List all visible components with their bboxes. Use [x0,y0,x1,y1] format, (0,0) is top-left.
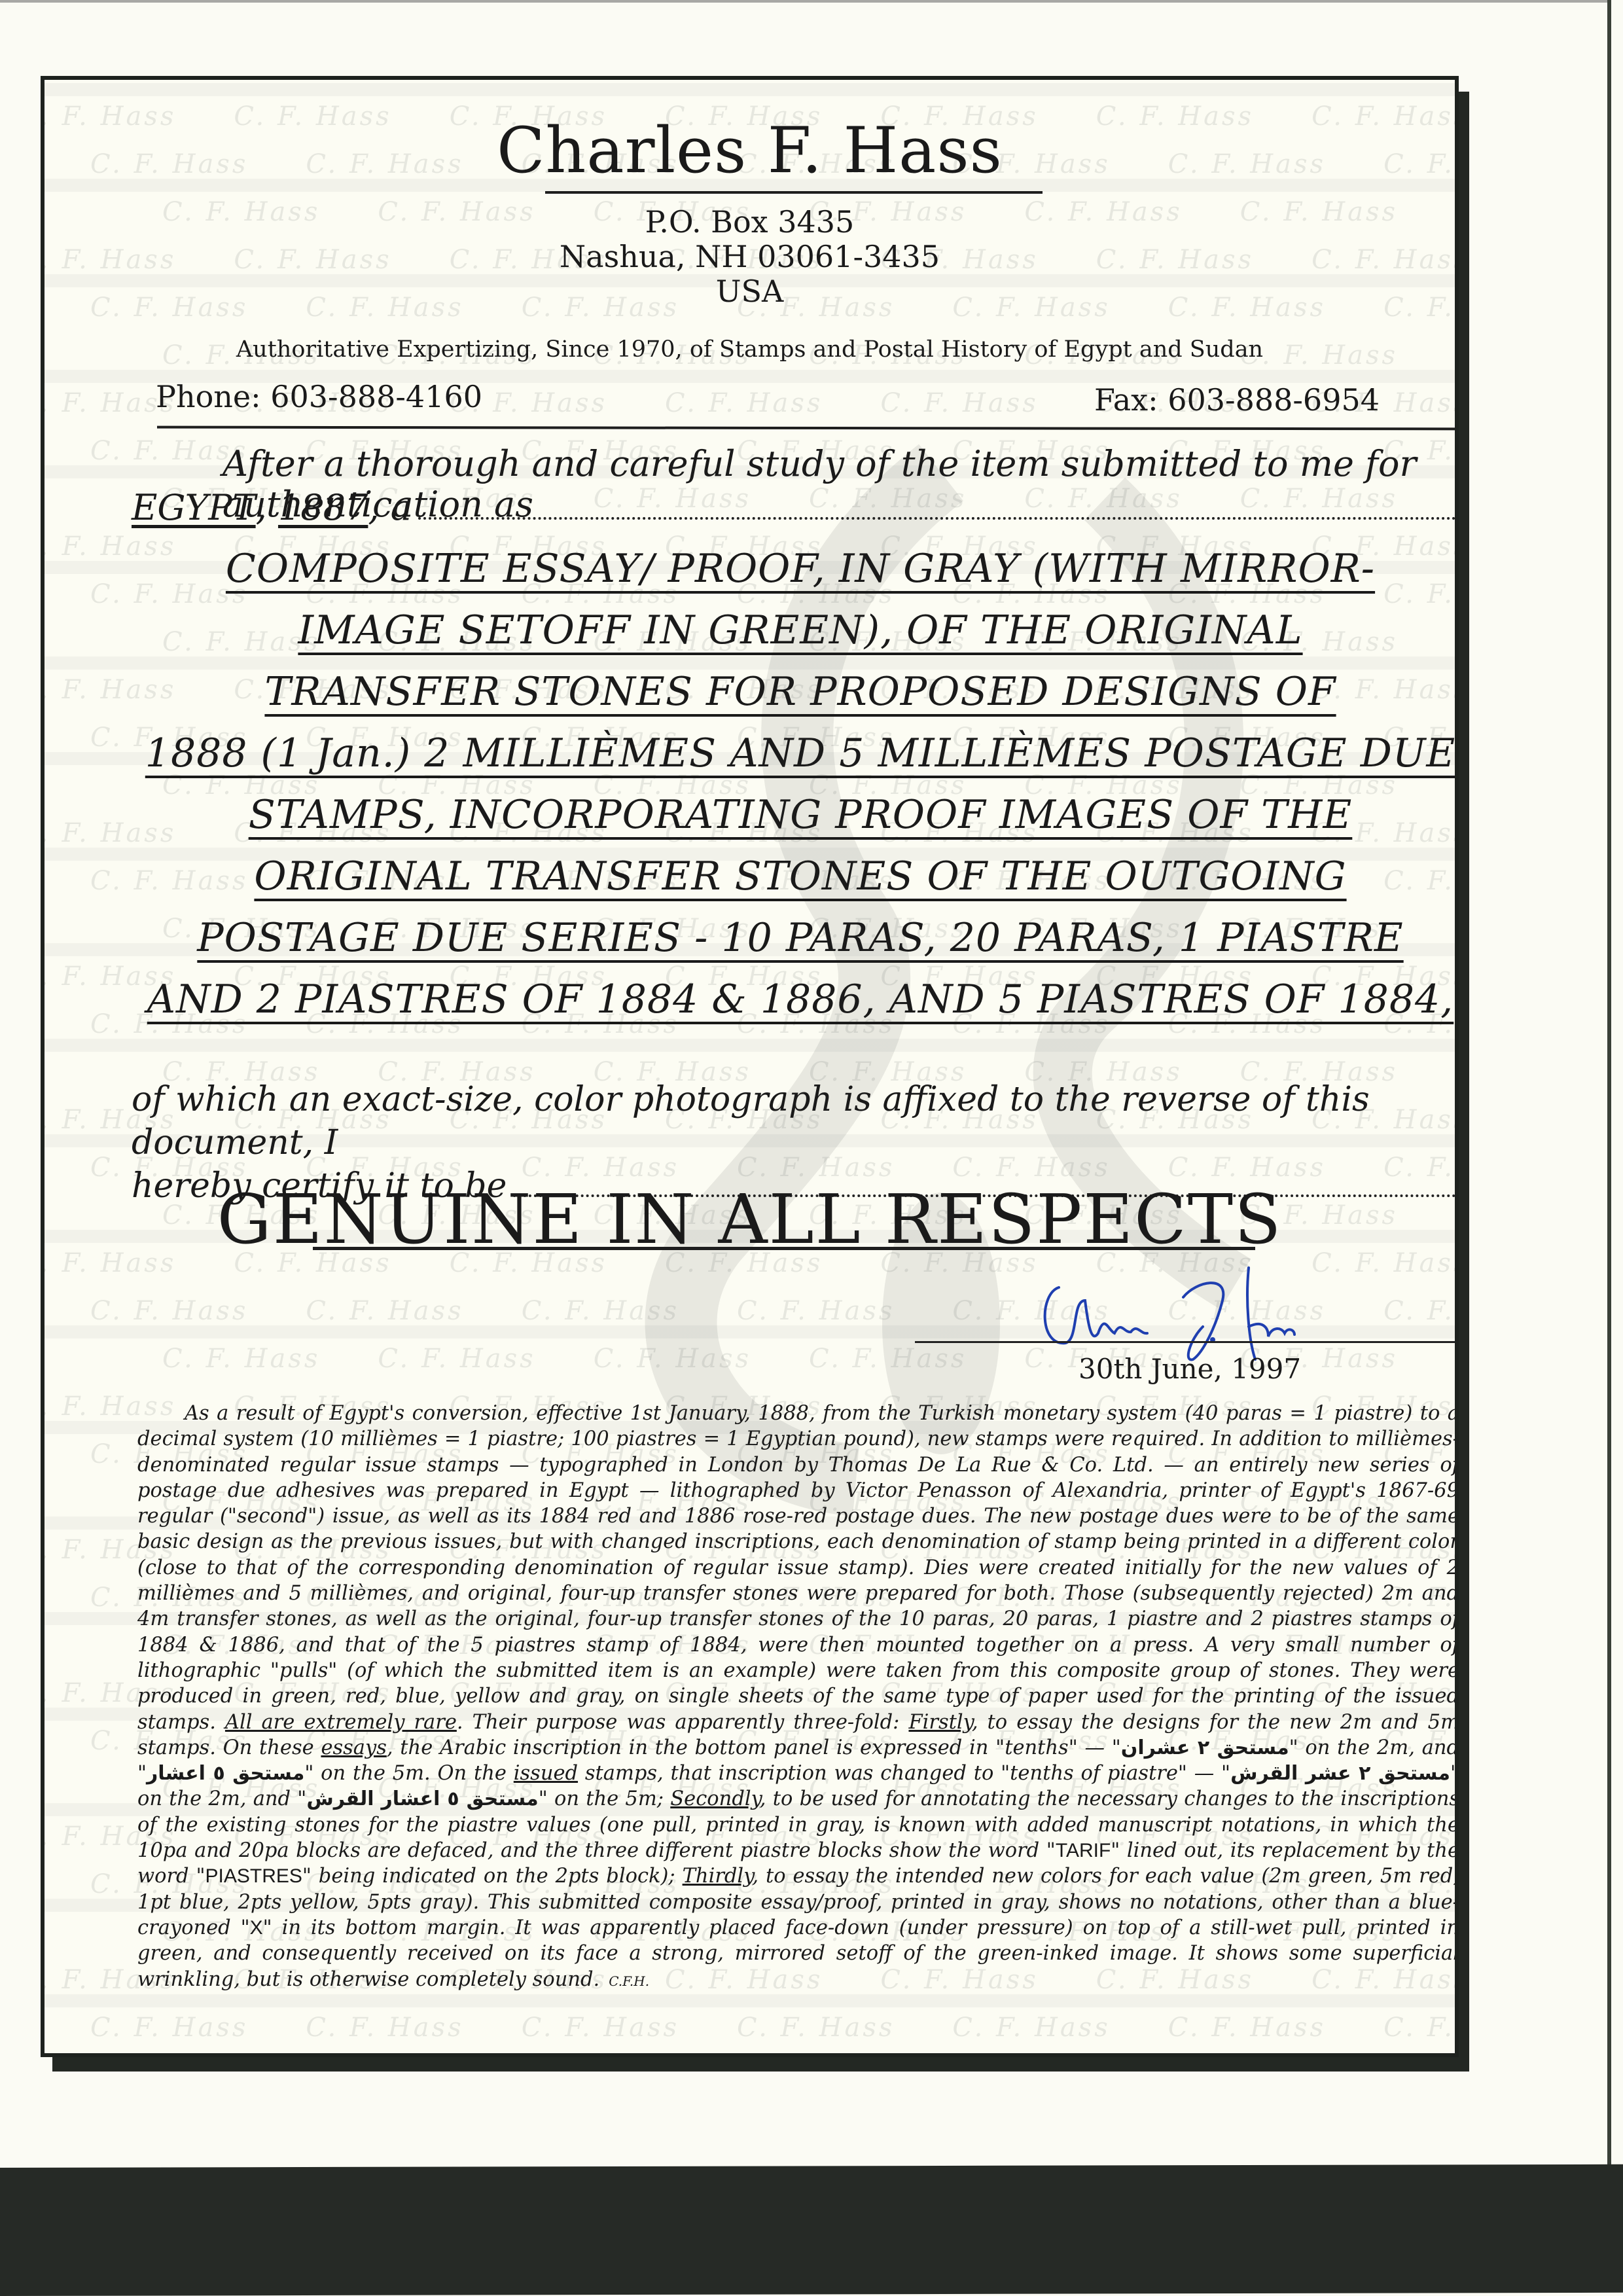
phone-number: Phone: 603-888-4160 [156,379,482,414]
historical-notes: As a result of Egypt's conversion, effec… [137,1401,1459,1994]
header-divider [157,426,1459,431]
item-year: 1887 [278,487,368,528]
author-initials: C.F.H. [609,1973,649,1989]
notes-text: stamps, that inscription was changed to … [578,1762,1230,1785]
signature-icon [1033,1261,1347,1366]
address-country: USA [45,274,1455,309]
address-po-box: P.O. Box 3435 [45,204,1455,240]
description-line: 1888 (1 Jan.) 2 MILLIÈMES AND 5 MILLIÈME… [143,723,1458,784]
notes-text: " on the 5m; [539,1787,671,1810]
address-city: Nashua, NH 03061-3435 [45,239,1455,274]
scanner-bottom-band [0,2164,1623,2296]
description-line: STAMPS, INCORPORATING PROOF IMAGES OF TH… [143,784,1458,846]
arabic-inscription: مستحق ٥ اعشار [147,1762,304,1785]
page-top-edge [0,0,1611,3]
notes-text: , the Arabic inscription in the bottom p… [387,1736,1121,1759]
description-line: ORIGINAL TRANSFER STONES OF THE OUTGOING [143,846,1458,907]
certify-line-1: of which an exact-size, color photograph… [132,1078,1459,1164]
item-country: EGYPT [132,487,256,528]
arabic-inscription: مستحق ٢ عشران [1121,1736,1289,1759]
fax-number: Fax: 603-888-6954 [1094,382,1380,418]
signature-line [915,1341,1459,1343]
notes-text: " on the 5m. On the [304,1762,513,1785]
notes-text: . Their purpose was apparently three-fol… [457,1711,909,1734]
name-underline [545,191,1043,194]
notes-text: " in its bottom margin. It was apparentl… [137,1916,1459,1991]
notes-word: TARIF [1056,1840,1111,1861]
notes-emphasis: issued [514,1762,578,1785]
description-line: POSTAGE DUE SERIES - 10 PARAS, 20 PARAS,… [143,907,1458,969]
notes-text: As a result of Egypt's conversion, effec… [137,1402,1459,1734]
description-line: IMAGE SETOFF IN GREEN), OF THE ORIGINAL [143,600,1458,661]
arabic-inscription: مستحق ٥ اعشار القرش [306,1787,538,1810]
notes-word: PIASTRES [205,1865,302,1887]
item-description: COMPOSITE ESSAY/ PROOF, IN GRAY (WITH MI… [143,538,1458,1030]
verdict-underline [313,1247,1255,1250]
letterhead-tagline: Authoritative Expertizing, Since 1970, o… [45,336,1455,363]
item-article: , a [368,487,412,528]
notes-emphasis: essays [321,1736,386,1759]
arabic-inscription: مستحق ٢ عشر القرش [1230,1762,1450,1785]
notes-emphasis: Thirdly [683,1865,753,1888]
certificate-date: 30th June, 1997 [1079,1353,1301,1385]
description-line: AND 2 PIASTRES OF 1884 & 1886, AND 5 PIA… [143,969,1458,1030]
certificate: C. F. Hass C. F. Hass C. F. Hass C. F. H… [41,76,1459,2057]
expert-name: Charles F. Hass [45,114,1455,187]
description-line: TRANSFER STONES FOR PROPOSED DESIGNS OF [143,661,1458,723]
notes-emphasis: All are extremely rare [225,1711,457,1734]
description-line: COMPOSITE ESSAY/ PROOF, IN GRAY (WITH MI… [143,538,1458,600]
page-right-edge [1607,0,1611,2170]
notes-emphasis: Secondly [670,1787,760,1810]
notes-word: X [250,1917,263,1939]
item-identification: EGYPT, 1887 , a [132,487,1459,528]
dotted-leader [418,499,1459,520]
notes-text: " being indicated on the 2pts block); [302,1865,683,1888]
notes-emphasis: Firstly [908,1711,971,1734]
